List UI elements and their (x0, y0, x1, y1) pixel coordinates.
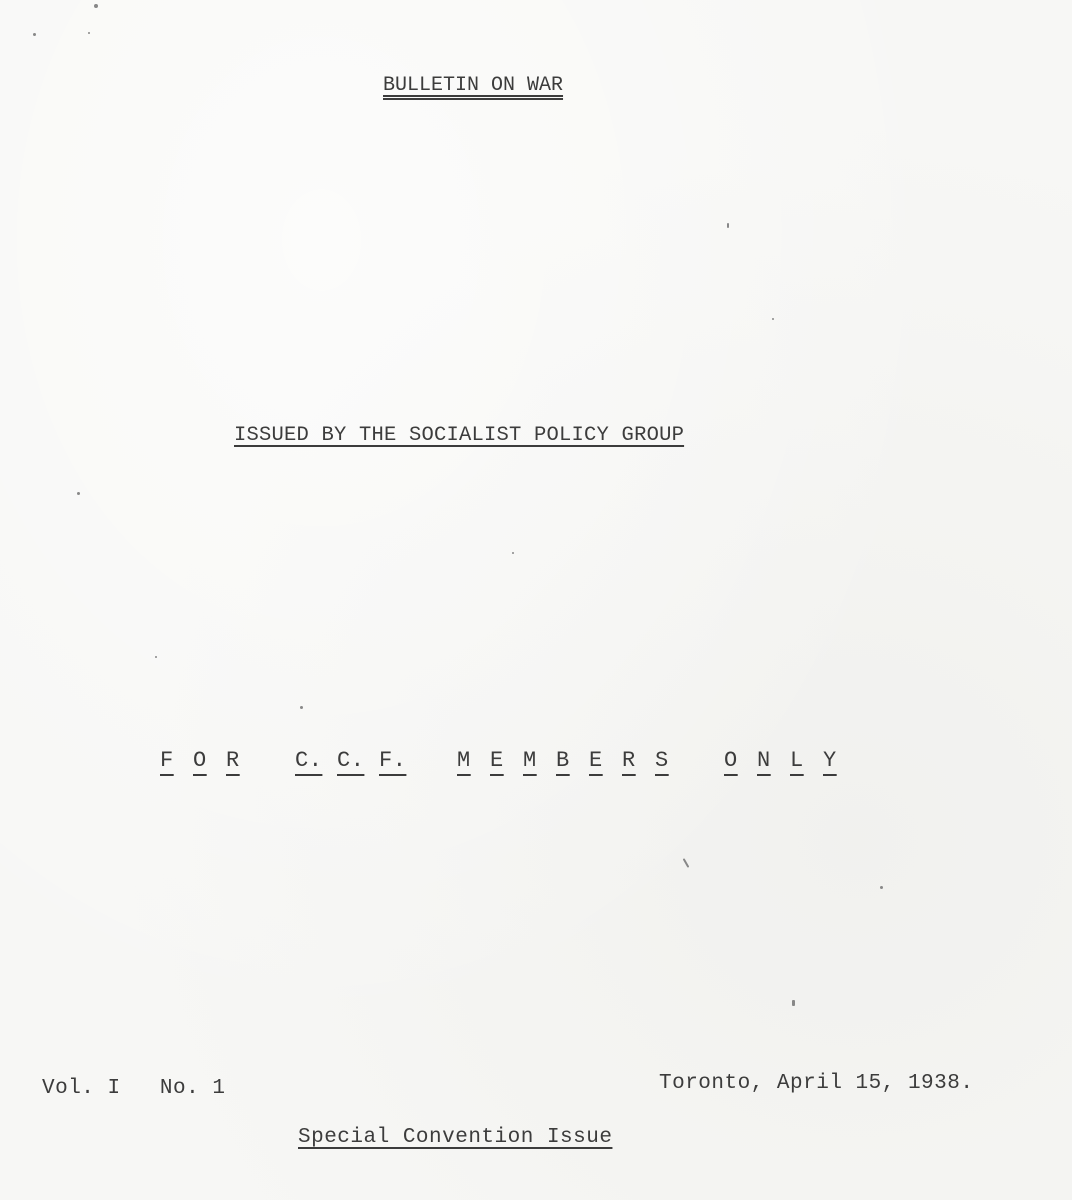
restriction-letter: E (589, 748, 612, 773)
restriction-letter: Y (823, 748, 846, 773)
restriction-letter: E (490, 748, 513, 773)
restriction-letter: L (790, 748, 813, 773)
restriction-letter: B (556, 748, 579, 773)
restriction-word: FOR (160, 748, 249, 773)
paper-speck (880, 886, 883, 889)
restriction-letter: R (622, 748, 645, 773)
restriction-letter: M (523, 748, 546, 773)
restriction-letter: O (193, 748, 216, 773)
restriction-word: ONLY (724, 748, 846, 773)
paper-speck (727, 223, 729, 228)
paper-speck (772, 318, 774, 320)
paper-speck (33, 33, 36, 36)
typewritten-page: BULLETIN ON WAR ISSUED BY THE SOCIALIST … (0, 0, 1072, 1200)
restriction-word: MEMBERS (457, 748, 678, 773)
paper-speck (94, 4, 98, 8)
restriction-letter: F. (379, 748, 411, 773)
restriction-letter: F (160, 748, 183, 773)
place-and-date: Toronto, April 15, 1938. (659, 1072, 973, 1095)
paper-speck (300, 706, 303, 709)
restriction-word: C.C.F. (295, 748, 411, 773)
restriction-letter: C. (295, 748, 327, 773)
paper-speck (512, 552, 514, 554)
restriction-letter: N (757, 748, 780, 773)
restriction-letter: M (457, 748, 480, 773)
members-only-notice: FORC.C.F.MEMBERSONLY (160, 748, 846, 773)
special-issue-label: Special Convention Issue (298, 1126, 612, 1149)
paper-speck (88, 32, 90, 34)
paper-speck (77, 492, 80, 495)
restriction-letter: R (226, 748, 249, 773)
issued-by-line: ISSUED BY THE SOCIALIST POLICY GROUP (234, 424, 684, 447)
paper-speck (792, 1000, 795, 1006)
restriction-letter: O (724, 748, 747, 773)
paper-speck (683, 858, 690, 868)
restriction-letter: S (655, 748, 678, 773)
volume-number: Vol. I No. 1 (42, 1077, 225, 1100)
bulletin-title: BULLETIN ON WAR (383, 74, 563, 97)
paper-speck (155, 656, 157, 658)
restriction-letter: C. (337, 748, 369, 773)
